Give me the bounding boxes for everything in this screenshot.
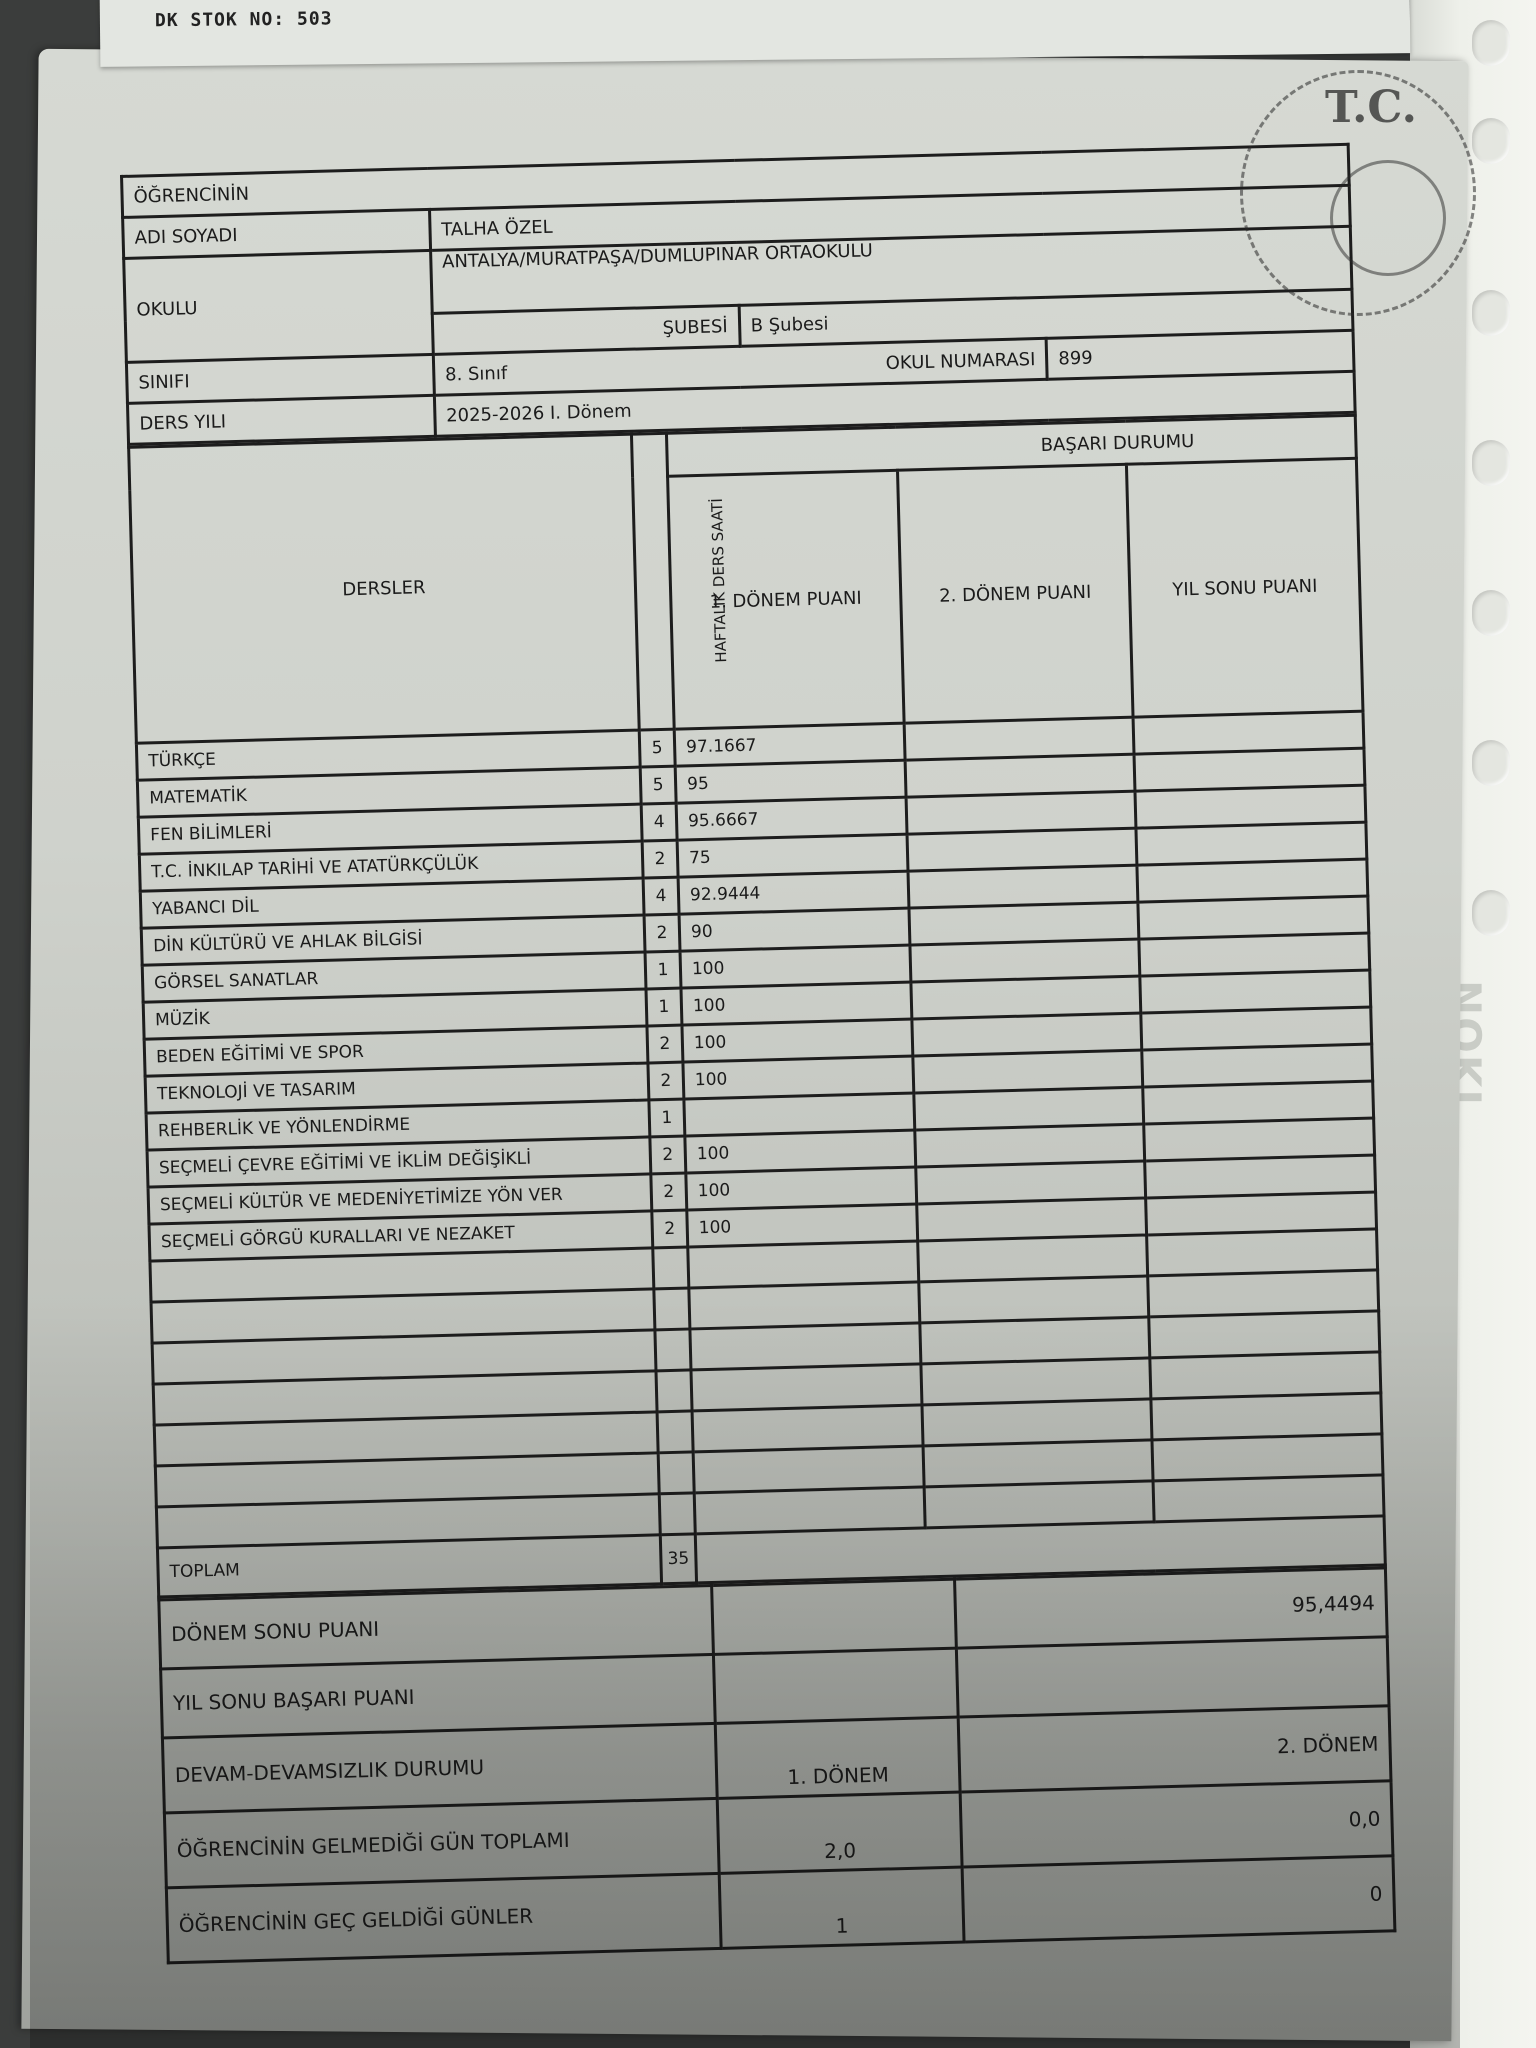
year-end-value	[956, 1637, 1389, 1717]
course-term2-score	[914, 1124, 1145, 1167]
courses-header: DERSLER	[129, 434, 640, 743]
empty-cell	[690, 1323, 921, 1370]
course-hours: 2	[647, 1025, 683, 1063]
course-year-end-score	[1134, 748, 1365, 791]
course-term1-score: 100	[685, 1130, 916, 1173]
course-hours: 5	[639, 729, 675, 767]
empty-cell	[1147, 1229, 1378, 1276]
course-term1-score: 100	[686, 1167, 917, 1210]
course-year-end-score	[1145, 1155, 1376, 1198]
course-hours: 2	[650, 1136, 686, 1174]
student-info-table: ÖĞRENCİNİN ADI SOYADI TALHA ÖZEL OKULU A…	[120, 143, 1357, 446]
course-term1-score: 90	[679, 908, 910, 951]
course-hours: 2	[651, 1173, 687, 1211]
course-year-end-score	[1140, 970, 1371, 1013]
course-term2-score	[907, 828, 1138, 871]
empty-cell	[655, 1329, 691, 1371]
course-term2-score	[904, 717, 1135, 760]
late-days-label: ÖĞRENCİNİN GEÇ GELDİĞİ GÜNLER	[166, 1873, 721, 1962]
course-year-end-score	[1133, 711, 1364, 754]
empty-cell	[691, 1364, 922, 1411]
course-term1-score: 75	[677, 834, 908, 877]
course-year-end-score	[1138, 896, 1369, 939]
course-hours: 4	[643, 877, 679, 915]
empty-cell	[1152, 1434, 1383, 1481]
course-hours: 4	[641, 803, 677, 841]
punch-hole	[1472, 20, 1510, 66]
empty-cell	[657, 1411, 693, 1453]
course-term2-score	[916, 1198, 1147, 1241]
course-hours: 1	[645, 951, 681, 989]
course-year-end-score	[1137, 859, 1368, 902]
course-year-end-score	[1146, 1192, 1377, 1235]
course-hours: 1	[649, 1099, 685, 1137]
absent-days-term1: 2,0	[717, 1792, 962, 1873]
year-label: DERS YILI	[127, 395, 435, 444]
empty-cell	[1150, 1352, 1381, 1399]
course-term1-score: 97.1667	[674, 723, 905, 766]
course-year-end-score	[1136, 822, 1367, 865]
course-term2-score	[912, 1050, 1143, 1093]
stock-number: DK STOK NO: 503	[155, 8, 333, 31]
stock-label-strip: DK STOK NO: 503	[100, 0, 1411, 67]
course-year-end-score	[1141, 1007, 1372, 1050]
course-term2-score	[915, 1161, 1146, 1204]
punch-hole	[1472, 290, 1510, 336]
school-label: OKULU	[124, 250, 433, 362]
total-hours: 35	[660, 1534, 696, 1584]
course-term2-score	[911, 976, 1142, 1019]
course-term2-score	[908, 865, 1139, 908]
course-hours: 5	[640, 766, 676, 804]
course-term1-score: 95.6667	[676, 797, 907, 840]
year-end-header: YIL SONU PUANI	[1127, 458, 1363, 717]
course-term1-score: 100	[682, 1019, 913, 1062]
empty-cell	[688, 1241, 919, 1288]
grades-table: DERSLER HAFTALIK DERS SAATİ BAŞARI DURUM…	[127, 414, 1387, 1599]
course-term1-score: 95	[675, 760, 906, 803]
empty-cell	[1148, 1270, 1379, 1317]
empty-cell	[692, 1405, 923, 1452]
summary-table: DÖNEM SONU PUANI 95,4494 YIL SONU BAŞARI…	[157, 1566, 1396, 1964]
course-term1-score	[684, 1093, 915, 1136]
empty-cell	[918, 1276, 1149, 1323]
punch-hole	[1472, 118, 1510, 164]
empty-cell	[922, 1399, 1153, 1446]
attendance-label: DEVAM-DEVAMSIZLIK DURUMU	[162, 1723, 717, 1812]
absent-days-term2: 0,0	[960, 1781, 1393, 1867]
punch-hole	[1472, 440, 1510, 486]
empty-cell	[659, 1493, 695, 1535]
course-term1-score: 100	[681, 982, 912, 1025]
empty-cell	[921, 1358, 1152, 1405]
empty-cell	[1149, 1311, 1380, 1358]
late-days-term2: 0	[962, 1856, 1395, 1942]
empty-cell	[656, 1370, 692, 1412]
attendance-term1-header: 1. DÖNEM	[715, 1717, 960, 1798]
course-hours: 2	[652, 1210, 688, 1248]
empty-cell	[917, 1235, 1148, 1282]
course-year-end-score	[1142, 1044, 1373, 1087]
course-term2-score	[906, 791, 1137, 834]
empty-cell	[924, 1481, 1155, 1528]
term-end-mid	[712, 1579, 957, 1654]
official-stamp-inner-ring	[1330, 160, 1446, 276]
course-term2-score	[905, 754, 1136, 797]
course-term2-score	[912, 1013, 1143, 1056]
term-end-value: 95,4494	[955, 1568, 1388, 1648]
course-term2-score	[913, 1087, 1144, 1130]
course-term2-score	[910, 939, 1141, 982]
empty-cell	[654, 1288, 690, 1330]
empty-cell	[658, 1452, 694, 1494]
empty-cell	[653, 1247, 689, 1289]
empty-cell	[689, 1282, 920, 1329]
course-year-end-score	[1139, 933, 1370, 976]
course-term1-score: 100	[680, 945, 911, 988]
absent-days-label: ÖĞRENCİNİN GELMEDİĞİ GÜN TOPLAMI	[164, 1798, 719, 1887]
course-term2-score	[909, 902, 1140, 945]
empty-cell	[694, 1487, 925, 1534]
report-card-form: ÖĞRENCİNİN ADI SOYADI TALHA ÖZEL OKULU A…	[120, 143, 1396, 1965]
course-term1-score: 92.9444	[678, 871, 909, 914]
course-hours: 1	[646, 988, 682, 1026]
course-year-end-score	[1144, 1118, 1375, 1161]
course-term1-score: 100	[683, 1056, 914, 1099]
course-hours: 2	[648, 1062, 684, 1100]
course-term1-score: 100	[687, 1204, 918, 1247]
empty-cell	[923, 1440, 1154, 1487]
punch-hole	[1472, 890, 1510, 936]
term1-header: 1. DÖNEM PUANI	[668, 470, 904, 729]
late-days-term1: 1	[719, 1867, 964, 1948]
punch-hole	[1472, 590, 1510, 636]
course-hours: 2	[644, 914, 680, 952]
attendance-term2-header: 2. DÖNEM	[958, 1706, 1391, 1792]
course-year-end-score	[1135, 785, 1366, 828]
empty-cell	[1153, 1475, 1384, 1522]
year-end-mid	[713, 1648, 958, 1723]
empty-cell	[1151, 1393, 1382, 1440]
punch-hole	[1472, 740, 1510, 786]
course-year-end-score	[1143, 1081, 1374, 1124]
stamp-tc-text: T.C.	[1325, 82, 1417, 133]
empty-cell	[919, 1317, 1150, 1364]
term2-header: 2. DÖNEM PUANI	[897, 464, 1133, 723]
course-hours: 2	[642, 840, 678, 878]
empty-cell	[693, 1446, 924, 1493]
